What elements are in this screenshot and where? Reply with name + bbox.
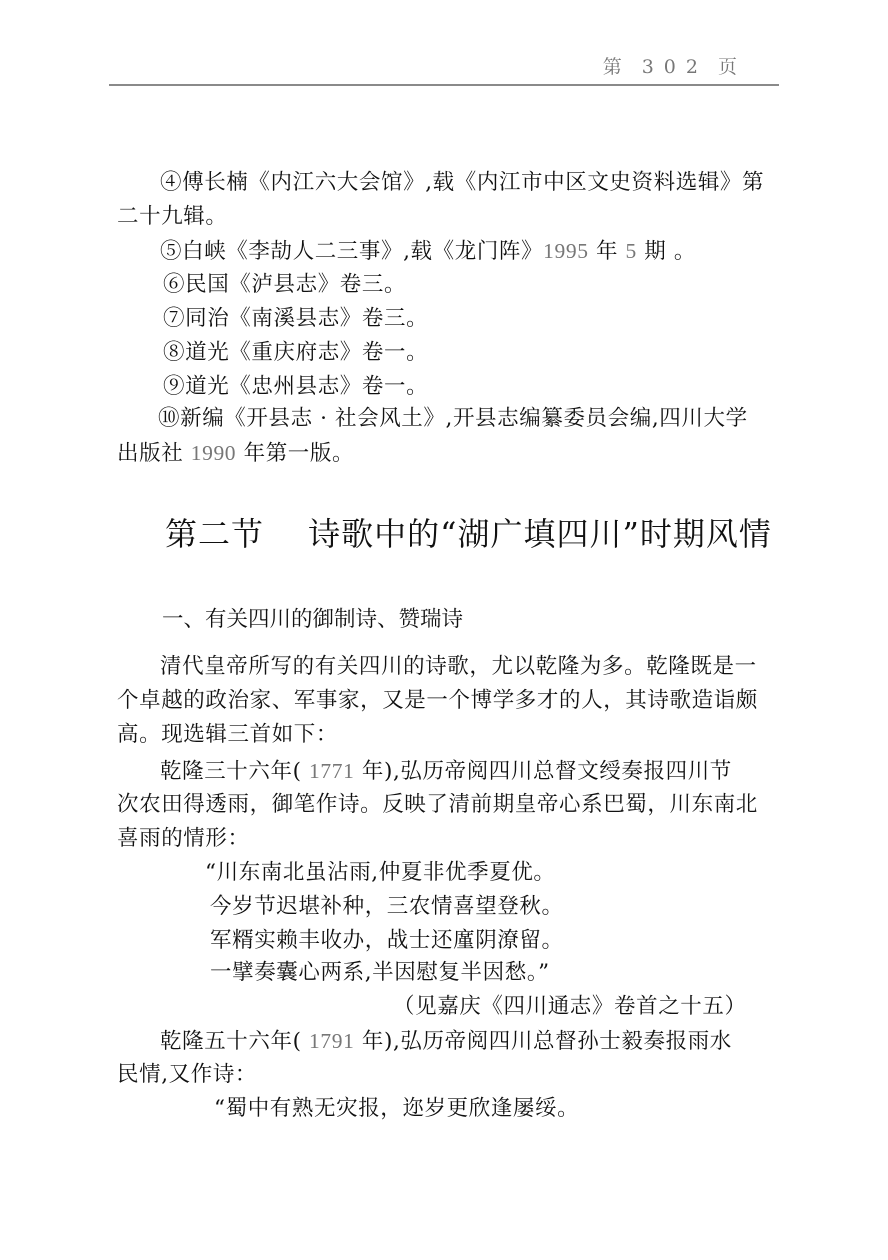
section-subtitle: 一、有关四川的御制诗、赞瑞诗 <box>162 605 463 635</box>
p1-line-1: 乾隆三十六年( 1771 年),弘历帝阅四川总督文绶奏报四川节 <box>160 756 732 787</box>
footnote-5-text: ⑤白峡《李劼人二三事》,载《龙门阵》 <box>160 239 543 264</box>
footnote-10-line2: 出版社 1990 年第一版。 <box>117 438 354 469</box>
p1-text: 乾隆三十六年( <box>160 759 309 784</box>
footnote-10-post: 年第一版。 <box>236 441 354 466</box>
p2-text-post: 年),弘历帝阅四川总督孙士毅奏报雨水 <box>354 1029 731 1054</box>
page-suffix: 页 <box>718 56 743 78</box>
poem1-source: （见嘉庆《四川通志》卷首之十五） <box>393 992 747 1022</box>
poem1-line-4: 一擘奏囊心两系,半因慰复半因愁。” <box>210 958 550 988</box>
footnote-5-year: 1995 <box>543 239 588 263</box>
footnote-5-mid: 年 <box>589 239 626 264</box>
page-number-value: 302 <box>642 56 708 78</box>
footnote-10-year: 1990 <box>191 441 236 465</box>
footnote-10-line1: ⑩新编《开县志 · 社会风土》,开县志编纂委员会编,四川大学 <box>158 404 748 434</box>
footnote-10-text: 出版社 <box>117 441 191 466</box>
intro-line-3: 高。现选辑三首如下： <box>117 720 338 750</box>
section-title: 第二节 诗歌中的“湖广填四川”时期风情 <box>165 514 772 554</box>
page-header: 第302页 <box>109 0 779 86</box>
footnote-4-line2: 二十九辑。 <box>117 202 228 232</box>
p2-year: 1791 <box>309 1029 354 1053</box>
poem1-line-1: “川东南北虽沾雨,仲夏非优季夏优。 <box>205 858 556 888</box>
p1-line-3: 喜雨的情形： <box>117 824 250 854</box>
footnote-8: ⑧道光《重庆府志》卷一。 <box>163 338 428 368</box>
footnote-4-line1: ④傅长楠《内江六大会馆》,载《内江市中区文史资料选辑》第 <box>160 168 764 198</box>
poem1-line-3: 军糈实赖丰收办，战士还廑阴潦留。 <box>210 926 564 956</box>
footnote-5: ⑤白峡《李劼人二三事》,载《龙门阵》1995 年 5 期 。 <box>160 236 696 267</box>
page-prefix: 第 <box>603 56 628 78</box>
intro-line-2: 个卓越的政治家、军事家，又是一个博学多才的人，其诗歌造诣颇 <box>117 686 758 716</box>
page-number: 第302页 <box>603 52 743 79</box>
poem2-line-1: “蜀中有熟无灾报，迩岁更欣逢屡绥。 <box>214 1094 579 1124</box>
footnote-7: ⑦同治《南溪县志》卷三。 <box>163 304 428 334</box>
footnote-5-issue: 5 <box>626 239 637 263</box>
p2-line-2: 民情,又作诗： <box>117 1060 257 1090</box>
intro-line-1: 清代皇帝所写的有关四川的诗歌，尤以乾隆为多。乾隆既是一 <box>160 652 757 682</box>
p2-text: 乾隆五十六年( <box>160 1029 309 1054</box>
footnote-9: ⑨道光《忠州县志》卷一。 <box>163 372 428 402</box>
p1-text-post: 年),弘历帝阅四川总督文绶奏报四川节 <box>354 759 731 784</box>
p2-line-1: 乾隆五十六年( 1791 年),弘历帝阅四川总督孙士毅奏报雨水 <box>160 1026 732 1057</box>
p1-line-2: 次农田得透雨，御笔作诗。反映了清前期皇帝心系巴蜀，川东南北 <box>117 790 758 820</box>
poem1-line-2: 今岁节迟堪补种，三农情喜望登秋。 <box>210 892 564 922</box>
footnote-6: ⑥民国《泸县志》卷三。 <box>163 270 406 300</box>
footnote-5-post: 期 。 <box>637 239 696 264</box>
p1-year: 1771 <box>309 759 354 783</box>
